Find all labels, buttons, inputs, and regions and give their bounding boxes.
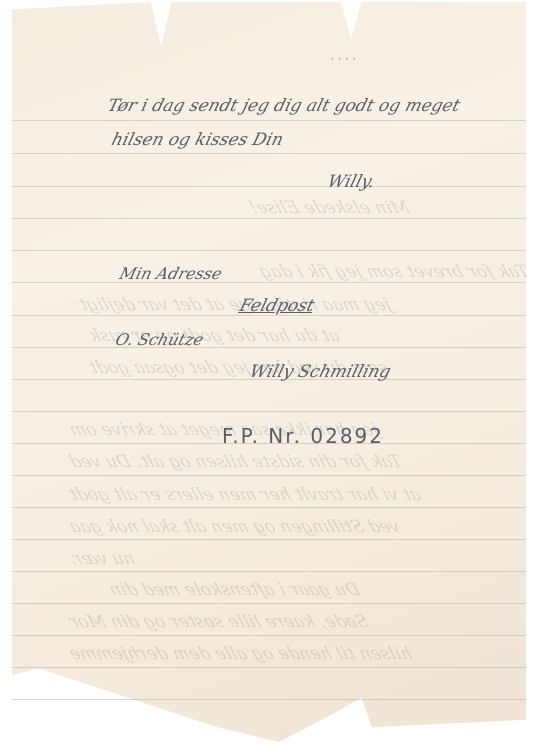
rule-line <box>12 507 526 508</box>
rule-line <box>12 475 526 476</box>
rule-line <box>12 571 526 572</box>
bleed-line: hilsen til hende og alle dem derhjemme <box>66 644 415 664</box>
bleed-line: Søde, kaere lille søster og din Mor <box>66 612 371 632</box>
rule-line <box>12 250 526 251</box>
signature: Willy. <box>325 172 377 192</box>
bleed-line: Tak for brevet som jeg fik i dag <box>256 262 532 282</box>
bleed-line: Tak for din sidste hilsen og alt. Du ved <box>66 452 405 472</box>
bleed-line: nu vær. <box>66 549 138 569</box>
rule-line <box>12 153 526 154</box>
rule-line <box>12 603 526 604</box>
bleed-line: jeg maa rigtig sige at det var dejligt <box>76 295 394 315</box>
rule-line <box>12 411 526 412</box>
bleed-line: ved Stillingen og men alt skal nok gaa <box>66 517 403 537</box>
faint-mark: • • • • <box>330 55 357 64</box>
recipient-line: O. Schütze <box>113 330 205 349</box>
rule-line <box>12 539 526 540</box>
rule-line <box>12 282 526 283</box>
rule-line <box>12 635 526 636</box>
bleed-line: Min elskede Elise! <box>246 198 412 218</box>
letter-line-2: hilsen og kisses Din <box>109 130 285 150</box>
rule-line <box>12 699 526 700</box>
rule-line <box>12 218 526 219</box>
bleed-line: at vi har travlt her men ellers er alt g… <box>66 485 424 505</box>
fieldpost-number: F.P. Nr. 02892 <box>222 424 384 448</box>
rule-line <box>12 347 526 348</box>
rule-line <box>12 120 526 121</box>
feldpost-label: Feldpost <box>237 296 316 316</box>
sender-name: Willy Schmilling <box>247 362 393 382</box>
rule-line <box>12 186 526 187</box>
rule-line <box>12 667 526 668</box>
address-label: Min Adresse <box>117 264 224 283</box>
letter-line-1: Tør i dag sendt jeg dig alt godt og mege… <box>105 96 462 116</box>
bleed-line: Du gaar i aftenskole med din <box>106 580 363 600</box>
